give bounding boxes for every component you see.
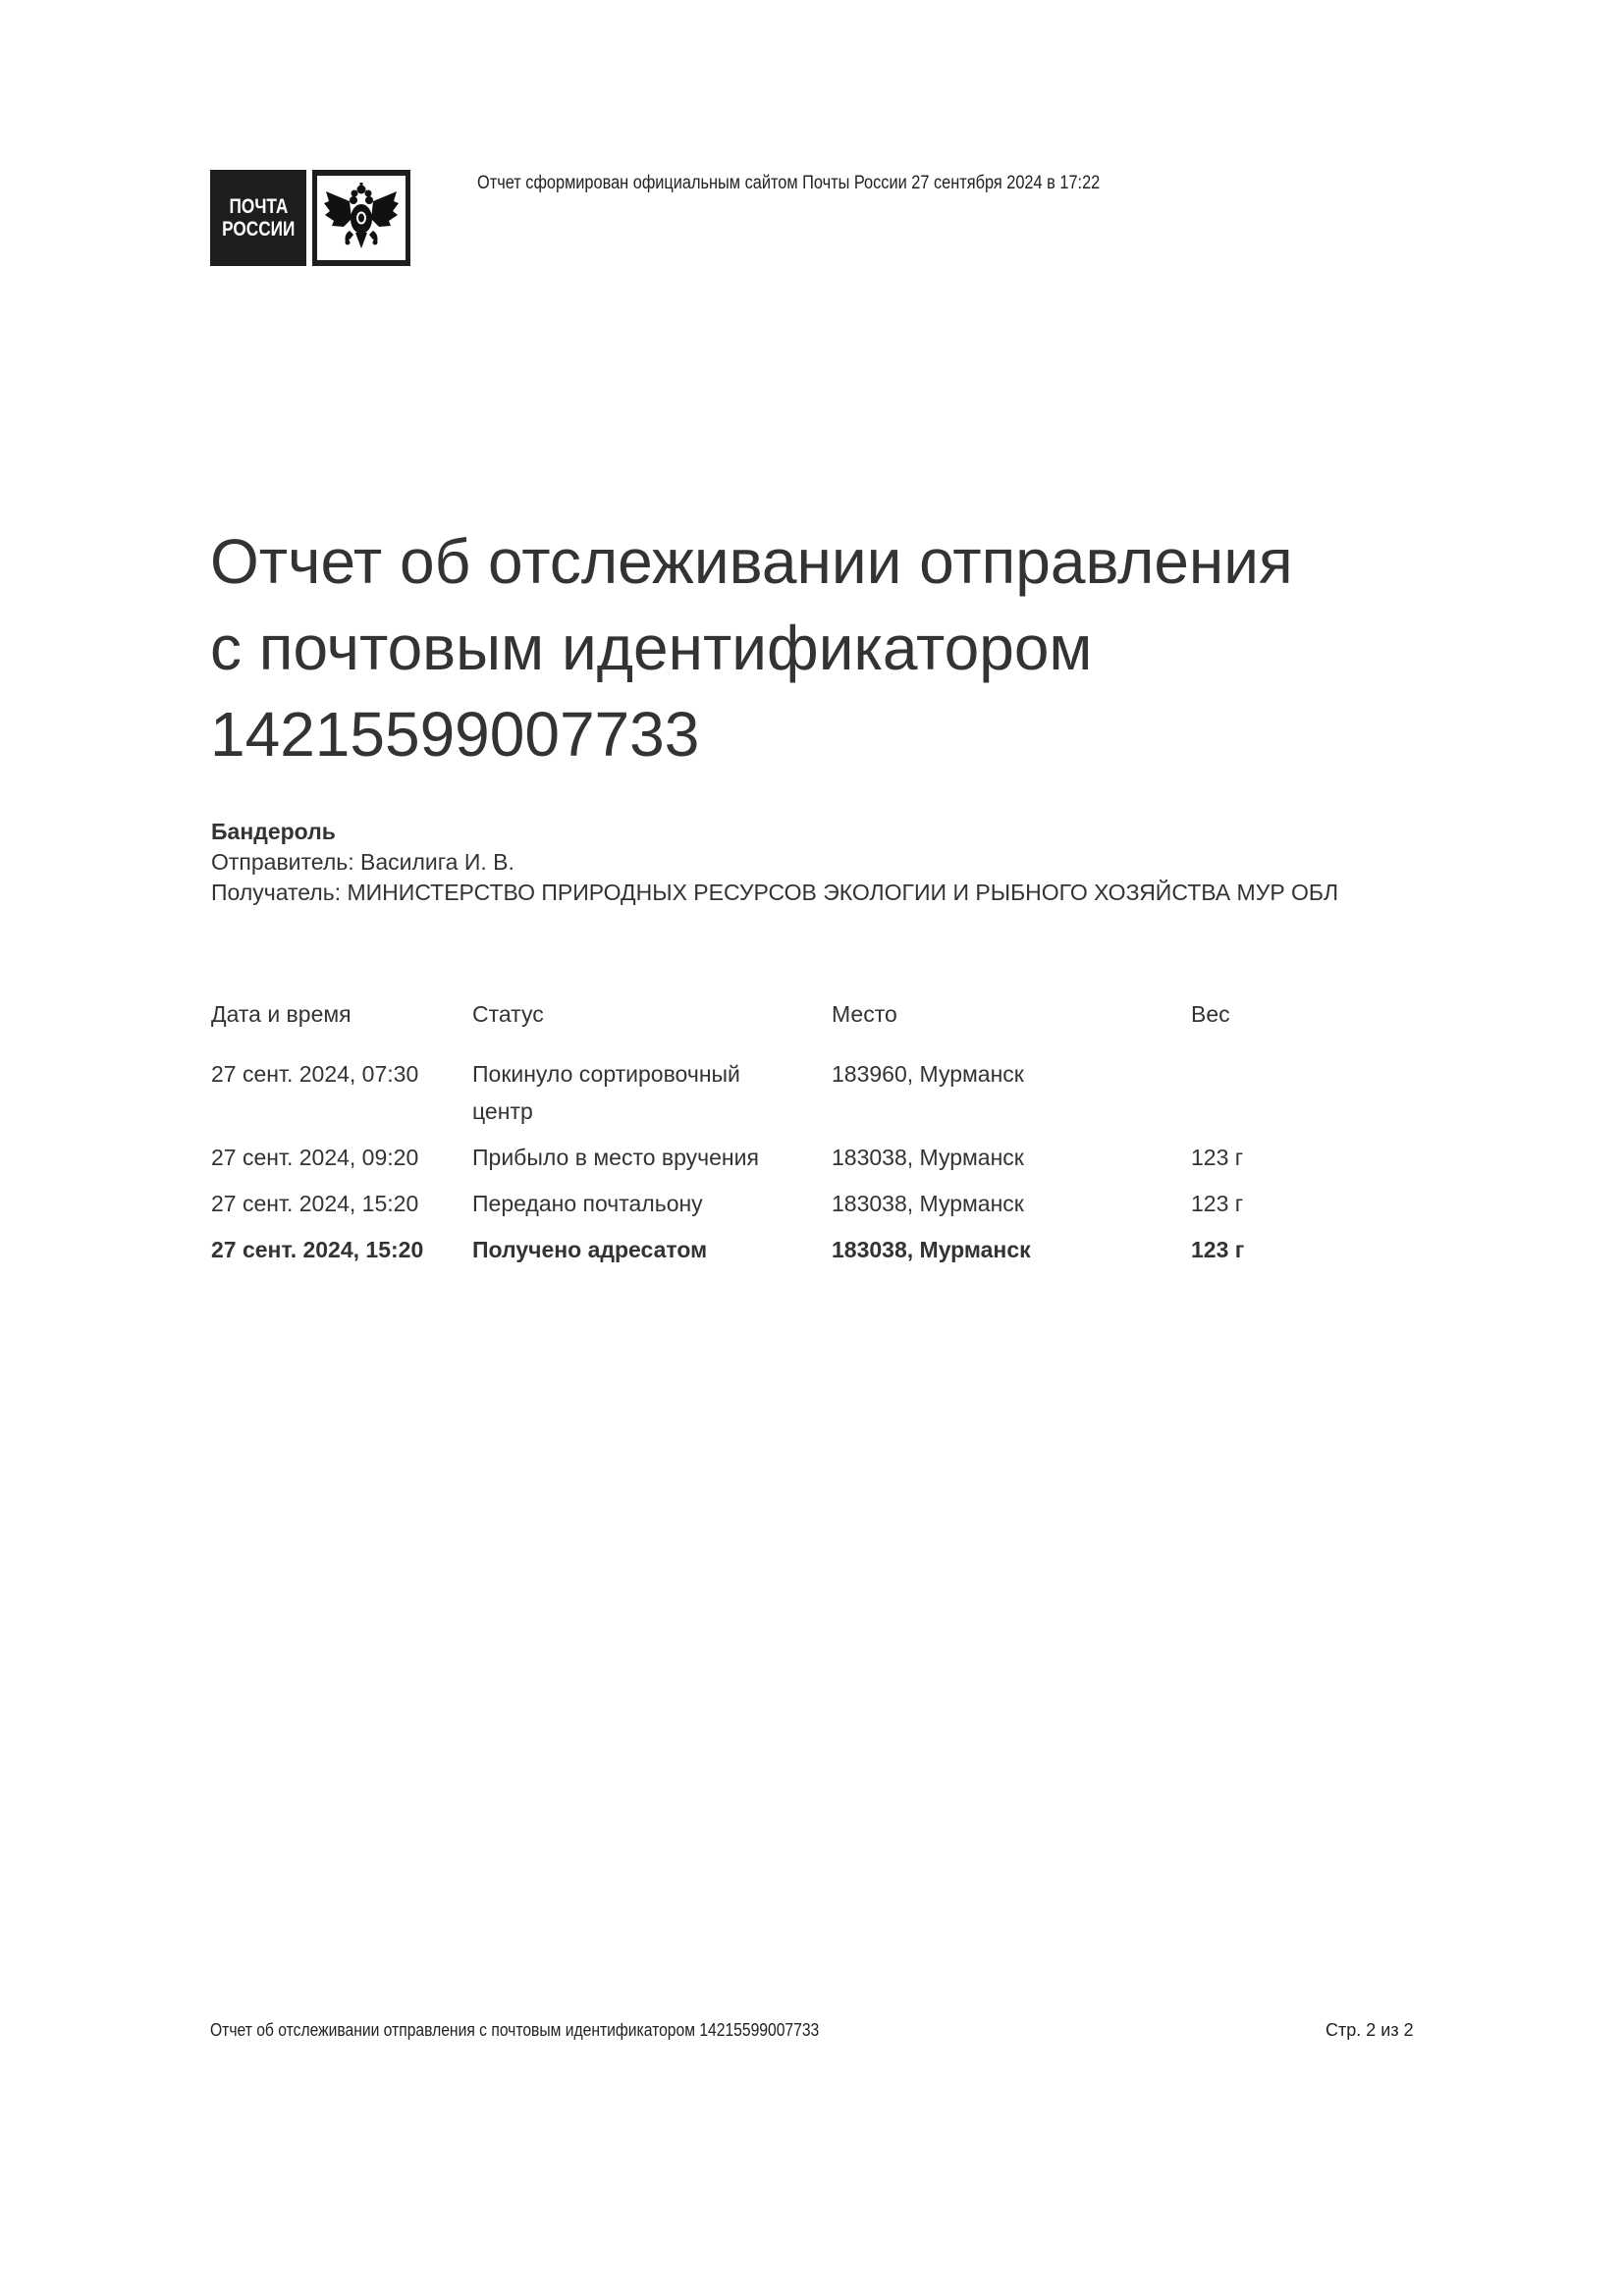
column-header-weight: Вес	[1191, 998, 1309, 1055]
shipment-type: Бандероль	[211, 817, 1409, 847]
cell-status: Прибыло в место вручения	[472, 1139, 832, 1185]
logo-wordmark: ПОЧТА РОССИИ	[210, 170, 306, 266]
cell-datetime: 27 сент. 2024, 07:30	[211, 1055, 472, 1139]
status-text: Прибыло в место вручения	[472, 1139, 796, 1176]
footer-report-title: Отчет об отслеживании отправления с почт…	[210, 2020, 819, 2041]
column-header-place: Место	[832, 998, 1191, 1055]
status-text: Покинуло сортировочный центр	[472, 1055, 796, 1130]
tracking-number: 14215599007733	[210, 691, 1293, 777]
page-number: Стр. 2 из 2	[1325, 2020, 1414, 2041]
tracking-history-table: Дата и время Статус Место Вес 27 сент. 2…	[211, 998, 1309, 1277]
report-generated-note: Отчет сформирован официальным сайтом Поч…	[477, 173, 1100, 194]
cell-place: 183038, Мурманск	[832, 1185, 1191, 1231]
title-line-1: Отчет об отслеживании отправления	[210, 518, 1293, 605]
cell-weight: 123 г	[1191, 1231, 1309, 1277]
shipment-recipient: Получатель: МИНИСТЕРСТВО ПРИРОДНЫХ РЕСУР…	[211, 878, 1409, 908]
cell-place: 183960, Мурманск	[832, 1055, 1191, 1139]
table-row: 27 сент. 2024, 09:20 Прибыло в место вру…	[211, 1139, 1309, 1185]
cell-datetime: 27 сент. 2024, 09:20	[211, 1139, 472, 1185]
double-headed-eagle-icon	[312, 170, 410, 266]
title-line-2: с почтовым идентификатором	[210, 605, 1293, 691]
cell-status: Передано почтальону	[472, 1185, 832, 1231]
table-row-final: 27 сент. 2024, 15:20 Получено адресатом …	[211, 1231, 1309, 1277]
column-header-status: Статус	[472, 998, 832, 1055]
logo-line-1: ПОЧТА	[229, 195, 288, 218]
status-text: Передано почтальону	[472, 1185, 796, 1222]
cell-place: 183038, Мурманск	[832, 1139, 1191, 1185]
column-header-datetime: Дата и время	[211, 998, 472, 1055]
logo-line-2: РОССИИ	[222, 218, 295, 240]
cell-datetime: 27 сент. 2024, 15:20	[211, 1231, 472, 1277]
cell-weight: 123 г	[1191, 1185, 1309, 1231]
table-row: 27 сент. 2024, 15:20 Передано почтальону…	[211, 1185, 1309, 1231]
cell-weight: 123 г	[1191, 1139, 1309, 1185]
cell-status: Получено адресатом	[472, 1231, 832, 1277]
pochta-rossii-logo: ПОЧТА РОССИИ	[210, 170, 410, 266]
table-row: 27 сент. 2024, 07:30 Покинуло сортировоч…	[211, 1055, 1309, 1139]
cell-datetime: 27 сент. 2024, 15:20	[211, 1185, 472, 1231]
status-text: Получено адресатом	[472, 1231, 796, 1268]
shipment-info: Бандероль Отправитель: Василига И. В. По…	[211, 817, 1409, 908]
cell-place: 183038, Мурманск	[832, 1231, 1191, 1277]
page-title: Отчет об отслеживании отправления с почт…	[210, 518, 1293, 777]
table-header-row: Дата и время Статус Место Вес	[211, 998, 1309, 1055]
cell-weight	[1191, 1055, 1309, 1139]
shipment-sender: Отправитель: Василига И. В.	[211, 847, 1409, 878]
cell-status: Покинуло сортировочный центр	[472, 1055, 832, 1139]
